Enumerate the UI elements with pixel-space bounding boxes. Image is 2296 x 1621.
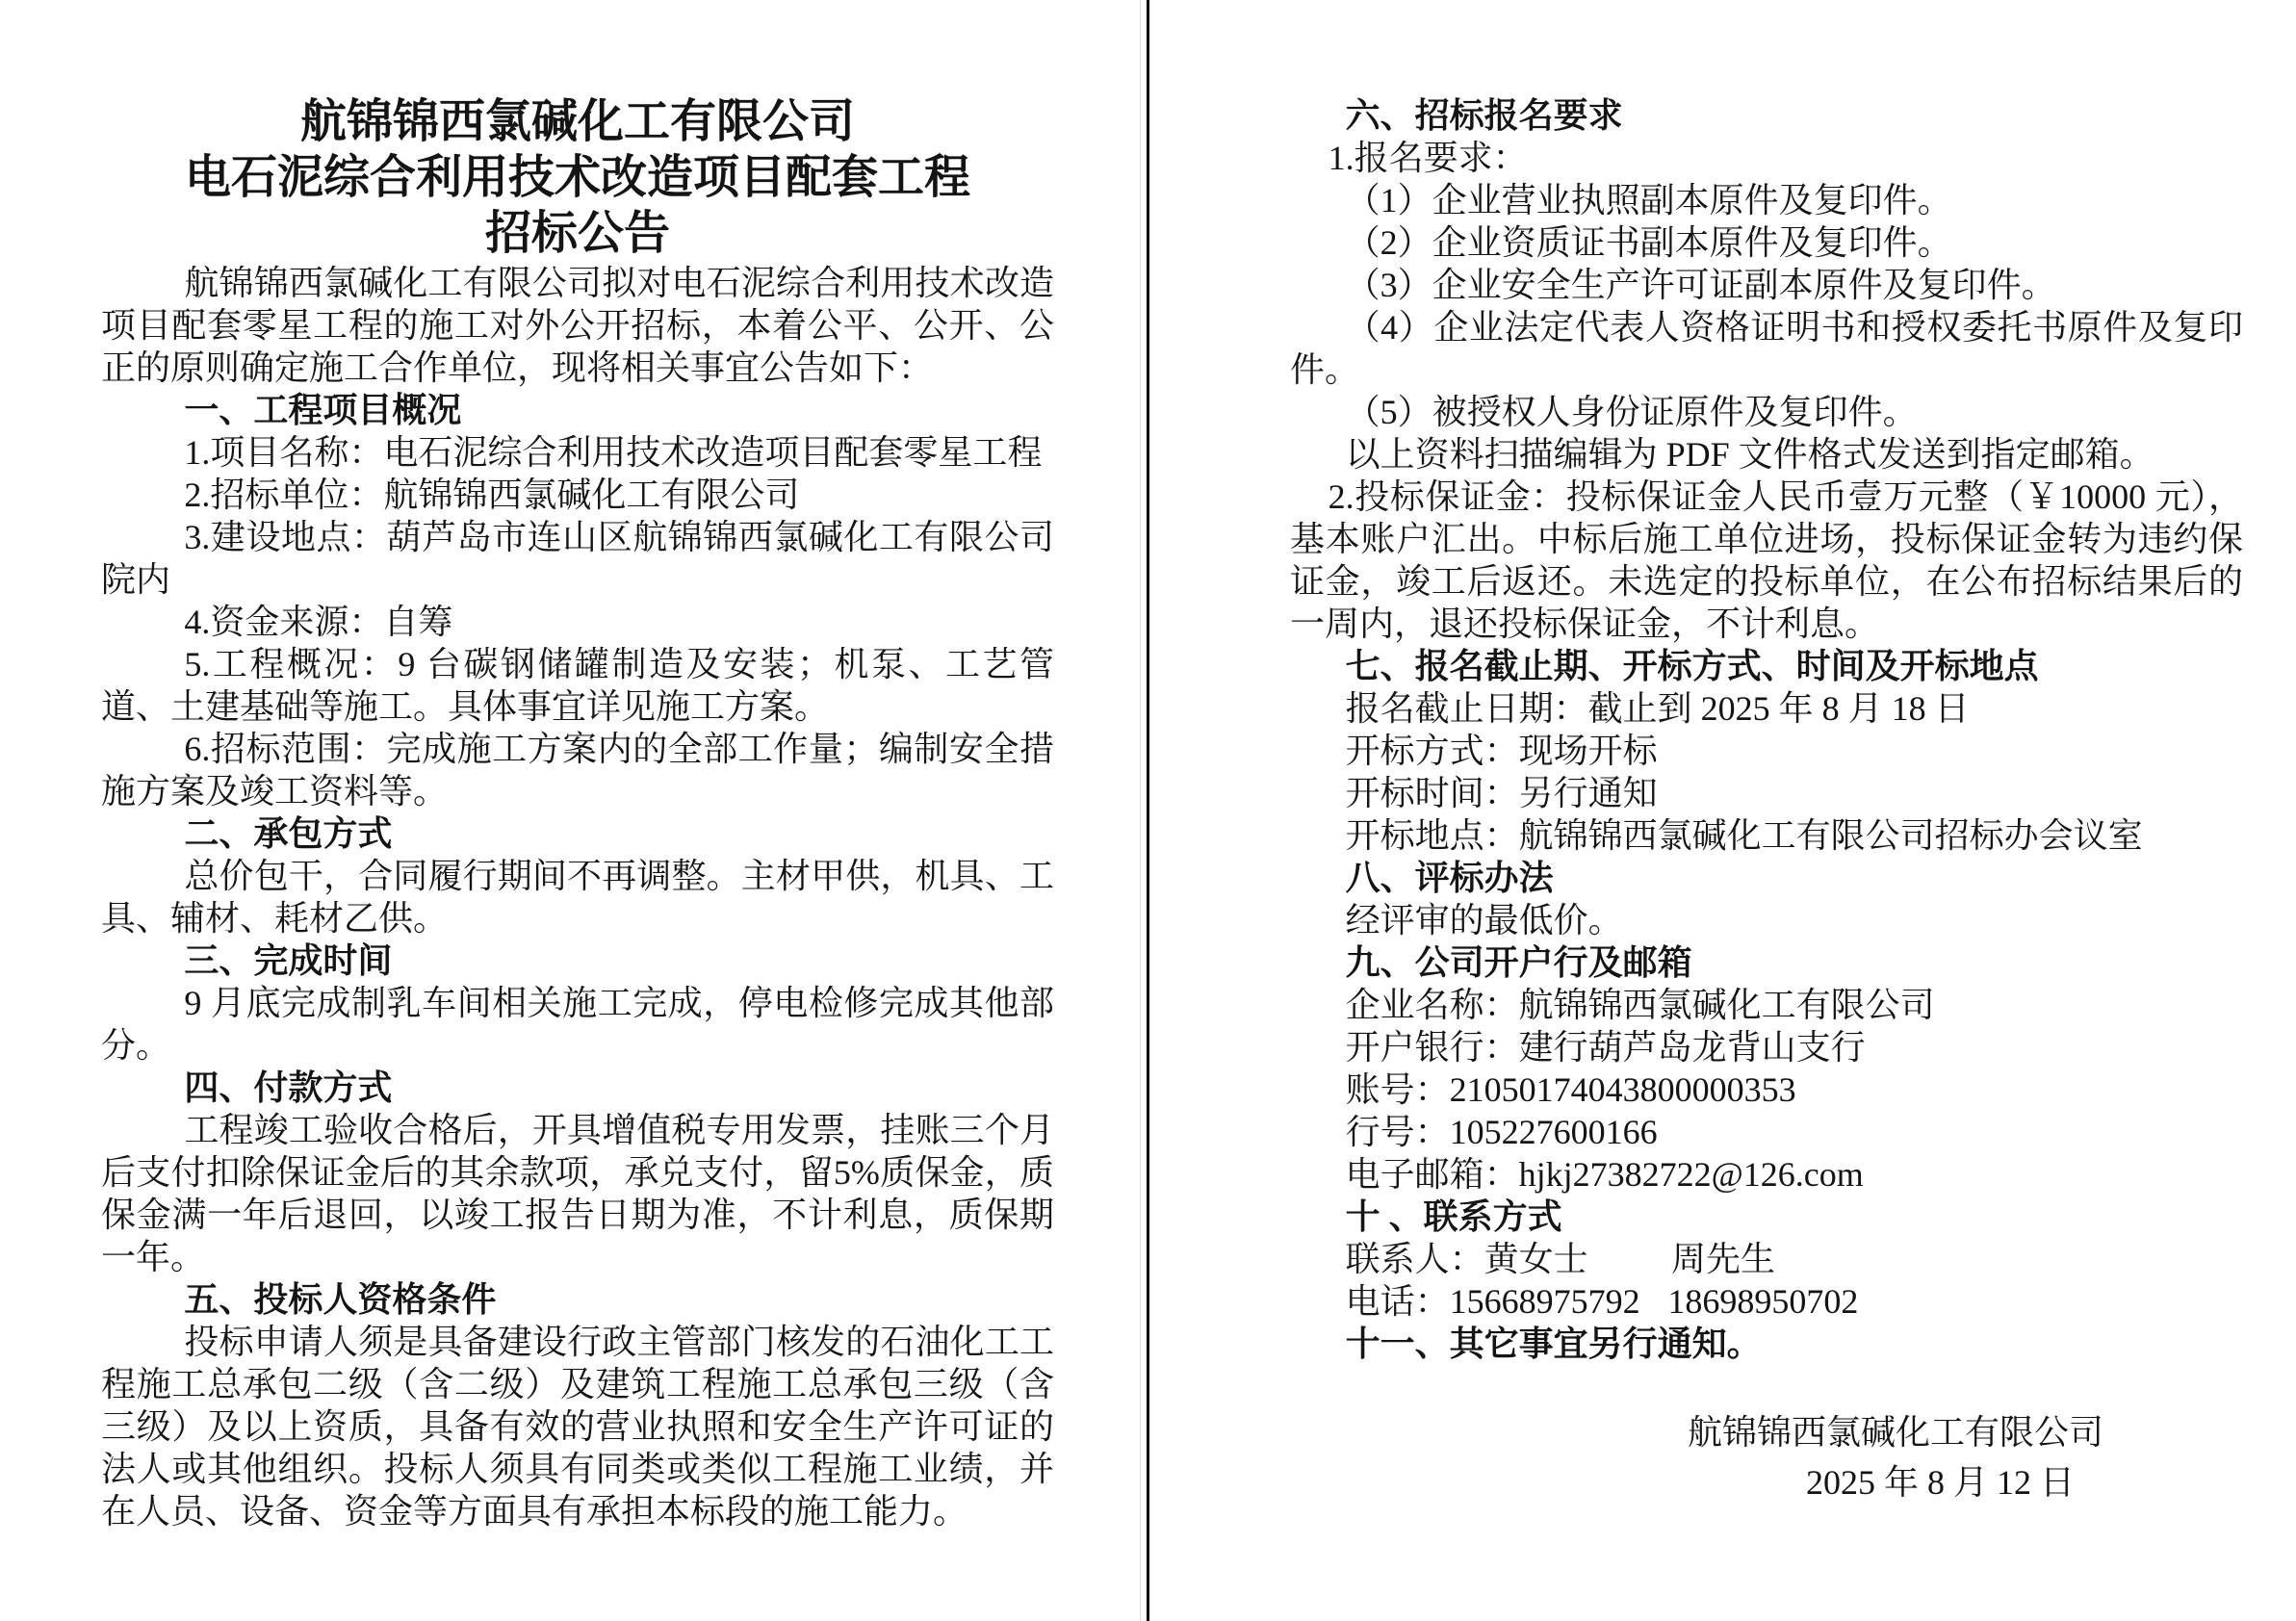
bid-opening-place-line: 开标地点：航锦锦西氯碱化工有限公司招标办会议室 [1290, 814, 2243, 857]
completion-time-paragraph: 9 月底完成制乳车间相关施工完成，停电检修完成其他部分。 [101, 982, 1054, 1067]
pdf-submission-note: 以上资料扫描编辑为 PDF 文件格式发送到指定邮箱。 [1290, 433, 2243, 476]
signature-company: 航锦锦西氯碱化工有限公司 [1290, 1407, 2243, 1457]
section-1-heading: 一、工程项目概况 [101, 389, 1054, 431]
bank-line: 开户银行：建行葫芦岛龙背山支行 [1290, 1026, 2243, 1068]
page-right: 六、招标报名要求1.报名要求：（1）企业营业执照副本原件及复印件。（2）企业资质… [1290, 94, 2243, 1507]
contacts-line-secondary: 周先生 [1671, 1240, 1775, 1278]
contacts-line: 联系人：黄女士周先生 [1290, 1238, 2243, 1280]
contract-terms-paragraph: 总价包干，合同履行期间不再调整。主材甲供，机具、工具、辅材、耗材乙供。 [101, 855, 1054, 939]
item-construction-site: 3.建设地点：葫芦岛市连山区航锦锦西氯碱化工有限公司院内 [101, 516, 1054, 601]
phones-line-secondary: 18698950702 [1667, 1282, 1858, 1321]
bid-bond-paragraph: 2.投标保证金：投标保证金人民币壹万元整（￥10000 元），基本账户汇出。中标… [1290, 476, 2243, 645]
section-6-heading: 六、招标报名要求 [1290, 94, 2243, 137]
requirement-4: （4）企业法定代表人资格证明书和授权委托书原件及复印件。 [1290, 306, 2243, 391]
bank-code-line: 行号：105227600166 [1290, 1111, 2243, 1153]
signature-block: 航锦锦西氯碱化工有限公司 2025 年 8 月 12 日 [1290, 1407, 2243, 1507]
title-line-project: 电石泥综合利用技术改造项目配套工程 [101, 150, 1054, 206]
left-page-body: 航锦锦西氯碱化工有限公司拟对电石泥综合利用技术改造项目配套零星工程的施工对外公开… [101, 262, 1054, 1532]
section-5-heading: 五、投标人资格条件 [101, 1278, 1054, 1321]
company-name-line: 企业名称：航锦锦西氯碱化工有限公司 [1290, 984, 2243, 1026]
title-line-announcement: 招标公告 [101, 206, 1054, 262]
evaluation-method-line: 经评审的最低价。 [1290, 899, 2243, 941]
bid-opening-method-line: 开标方式：现场开标 [1290, 730, 2243, 772]
requirement-5: （5）被授权人身份证原件及复印件。 [1290, 391, 2243, 433]
registration-deadline-line: 报名截止日期：截止到 2025 年 8 月 18 日 [1290, 687, 2243, 730]
scanned-document: 航锦锦西氯碱化工有限公司 电石泥综合利用技术改造项目配套工程 招标公告 航锦锦西… [0, 0, 2296, 1621]
intro-paragraph: 航锦锦西氯碱化工有限公司拟对电石泥综合利用技术改造项目配套零星工程的施工对外公开… [101, 262, 1054, 389]
section-7-heading: 七、报名截止期、开标方式、时间及开标地点 [1290, 645, 2243, 687]
section-8-heading: 八、评标办法 [1290, 857, 2243, 899]
account-number-line: 账号：21050174043800000353 [1290, 1068, 2243, 1111]
page-divider-line [1147, 0, 1149, 1621]
page-left: 航锦锦西氯碱化工有限公司 电石泥综合利用技术改造项目配套工程 招标公告 航锦锦西… [101, 94, 1054, 1532]
bidder-qualification-paragraph: 投标申请人须是具备建设行政主管部门核发的石油化工工程施工总承包二级（含二级）及建… [101, 1321, 1054, 1532]
page-edge-shadow-line [1140, 0, 1141, 1621]
signature-date: 2025 年 8 月 12 日 [1290, 1457, 2243, 1507]
registration-requirements-label: 1.报名要求： [1290, 137, 2243, 179]
section-3-heading: 三、完成时间 [101, 939, 1054, 982]
requirement-3: （3）企业安全生产许可证副本原件及复印件。 [1290, 264, 2243, 306]
phones-line: 电话：1566897579218698950702 [1290, 1280, 2243, 1323]
right-page-body: 六、招标报名要求1.报名要求：（1）企业营业执照副本原件及复印件。（2）企业资质… [1290, 94, 2243, 1365]
email-line: 电子邮箱：hjkj27382722@126.com [1290, 1153, 2243, 1196]
section-2-heading: 二、承包方式 [101, 812, 1054, 855]
section-10-heading: 十 、联系方式 [1290, 1196, 2243, 1238]
item-project-name: 1.项目名称：电石泥综合利用技术改造项目配套零星工程 [101, 431, 1054, 474]
title-line-company: 航锦锦西氯碱化工有限公司 [101, 94, 1054, 150]
section-9-heading: 九、公司开户行及邮箱 [1290, 941, 2243, 984]
payment-terms-paragraph: 工程竣工验收合格后，开具增值税专用发票，挂账三个月后支付扣除保证金后的其余款项，… [101, 1109, 1054, 1278]
requirement-2: （2）企业资质证书副本原件及复印件。 [1290, 221, 2243, 264]
item-project-overview: 5.工程概况：9 台碳钢储罐制造及安装；机泵、工艺管道、土建基础等施工。具体事宜… [101, 643, 1054, 728]
section-11-heading: 十一、其它事宜另行通知。 [1290, 1323, 2243, 1365]
document-title: 航锦锦西氯碱化工有限公司 电石泥综合利用技术改造项目配套工程 招标公告 [101, 94, 1054, 262]
item-tender-scope: 6.招标范围：完成施工方案内的全部工作量；编制安全措施方案及竣工资料等。 [101, 728, 1054, 812]
bid-opening-time-line: 开标时间：另行通知 [1290, 772, 2243, 814]
item-tender-unit: 2.招标单位：航锦锦西氯碱化工有限公司 [101, 474, 1054, 516]
item-funding-source: 4.资金来源：自筹 [101, 601, 1054, 643]
section-4-heading: 四、付款方式 [101, 1067, 1054, 1109]
requirement-1: （1）企业营业执照副本原件及复印件。 [1290, 179, 2243, 221]
